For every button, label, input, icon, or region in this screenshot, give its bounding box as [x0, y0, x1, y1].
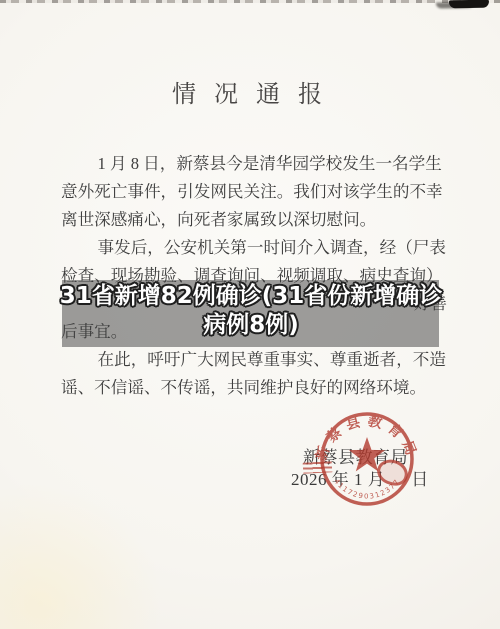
photo-edge-artifact: [0, 0, 500, 3]
notice-body-line: 在此，呼吁广大网民尊重事实、尊重逝者，不造: [61, 346, 447, 374]
seal-star-icon: [349, 437, 385, 471]
notice-title: 情 况 通 报: [0, 74, 500, 109]
notice-body-line: 事发后，公安机关第一时间介入调查，经（尸表: [61, 234, 447, 262]
official-seal: 新蔡县教育局 4117290312377: [312, 404, 422, 514]
notice-photo: 情 况 通 报 1 月 8 日，新蔡县今是清华园学校发生一名学生 意外死亡事件，…: [0, 0, 500, 629]
notice-body-line: 谣、不信谣、不传谣，共同维护良好的网络环境。: [61, 374, 447, 402]
notice-body-line: 1 月 8 日，新蔡县今是清华园学校发生一名学生: [61, 150, 447, 178]
headline-overlay-band: 31省新增82例确诊(31省份新增确诊 病例8例): [62, 280, 439, 347]
notice-body-line: 离世深感痛心，向死者家属致以深切慰问。: [61, 206, 447, 234]
ink-smudge: [449, 0, 489, 8]
headline-line-2: 病例8例): [50, 311, 452, 340]
notice-body: 1 月 8 日，新蔡县今是清华园学校发生一名学生 意外死亡事件，引发网民关注。我…: [61, 150, 447, 402]
headline-line-1: 31省新增82例确诊(31省份新增确诊: [50, 282, 452, 311]
notice-body-line: 意外死亡事件，引发网民关注。我们对该学生的不幸: [61, 178, 447, 206]
headline-text: 31省新增82例确诊(31省份新增确诊 病例8例): [50, 282, 452, 340]
